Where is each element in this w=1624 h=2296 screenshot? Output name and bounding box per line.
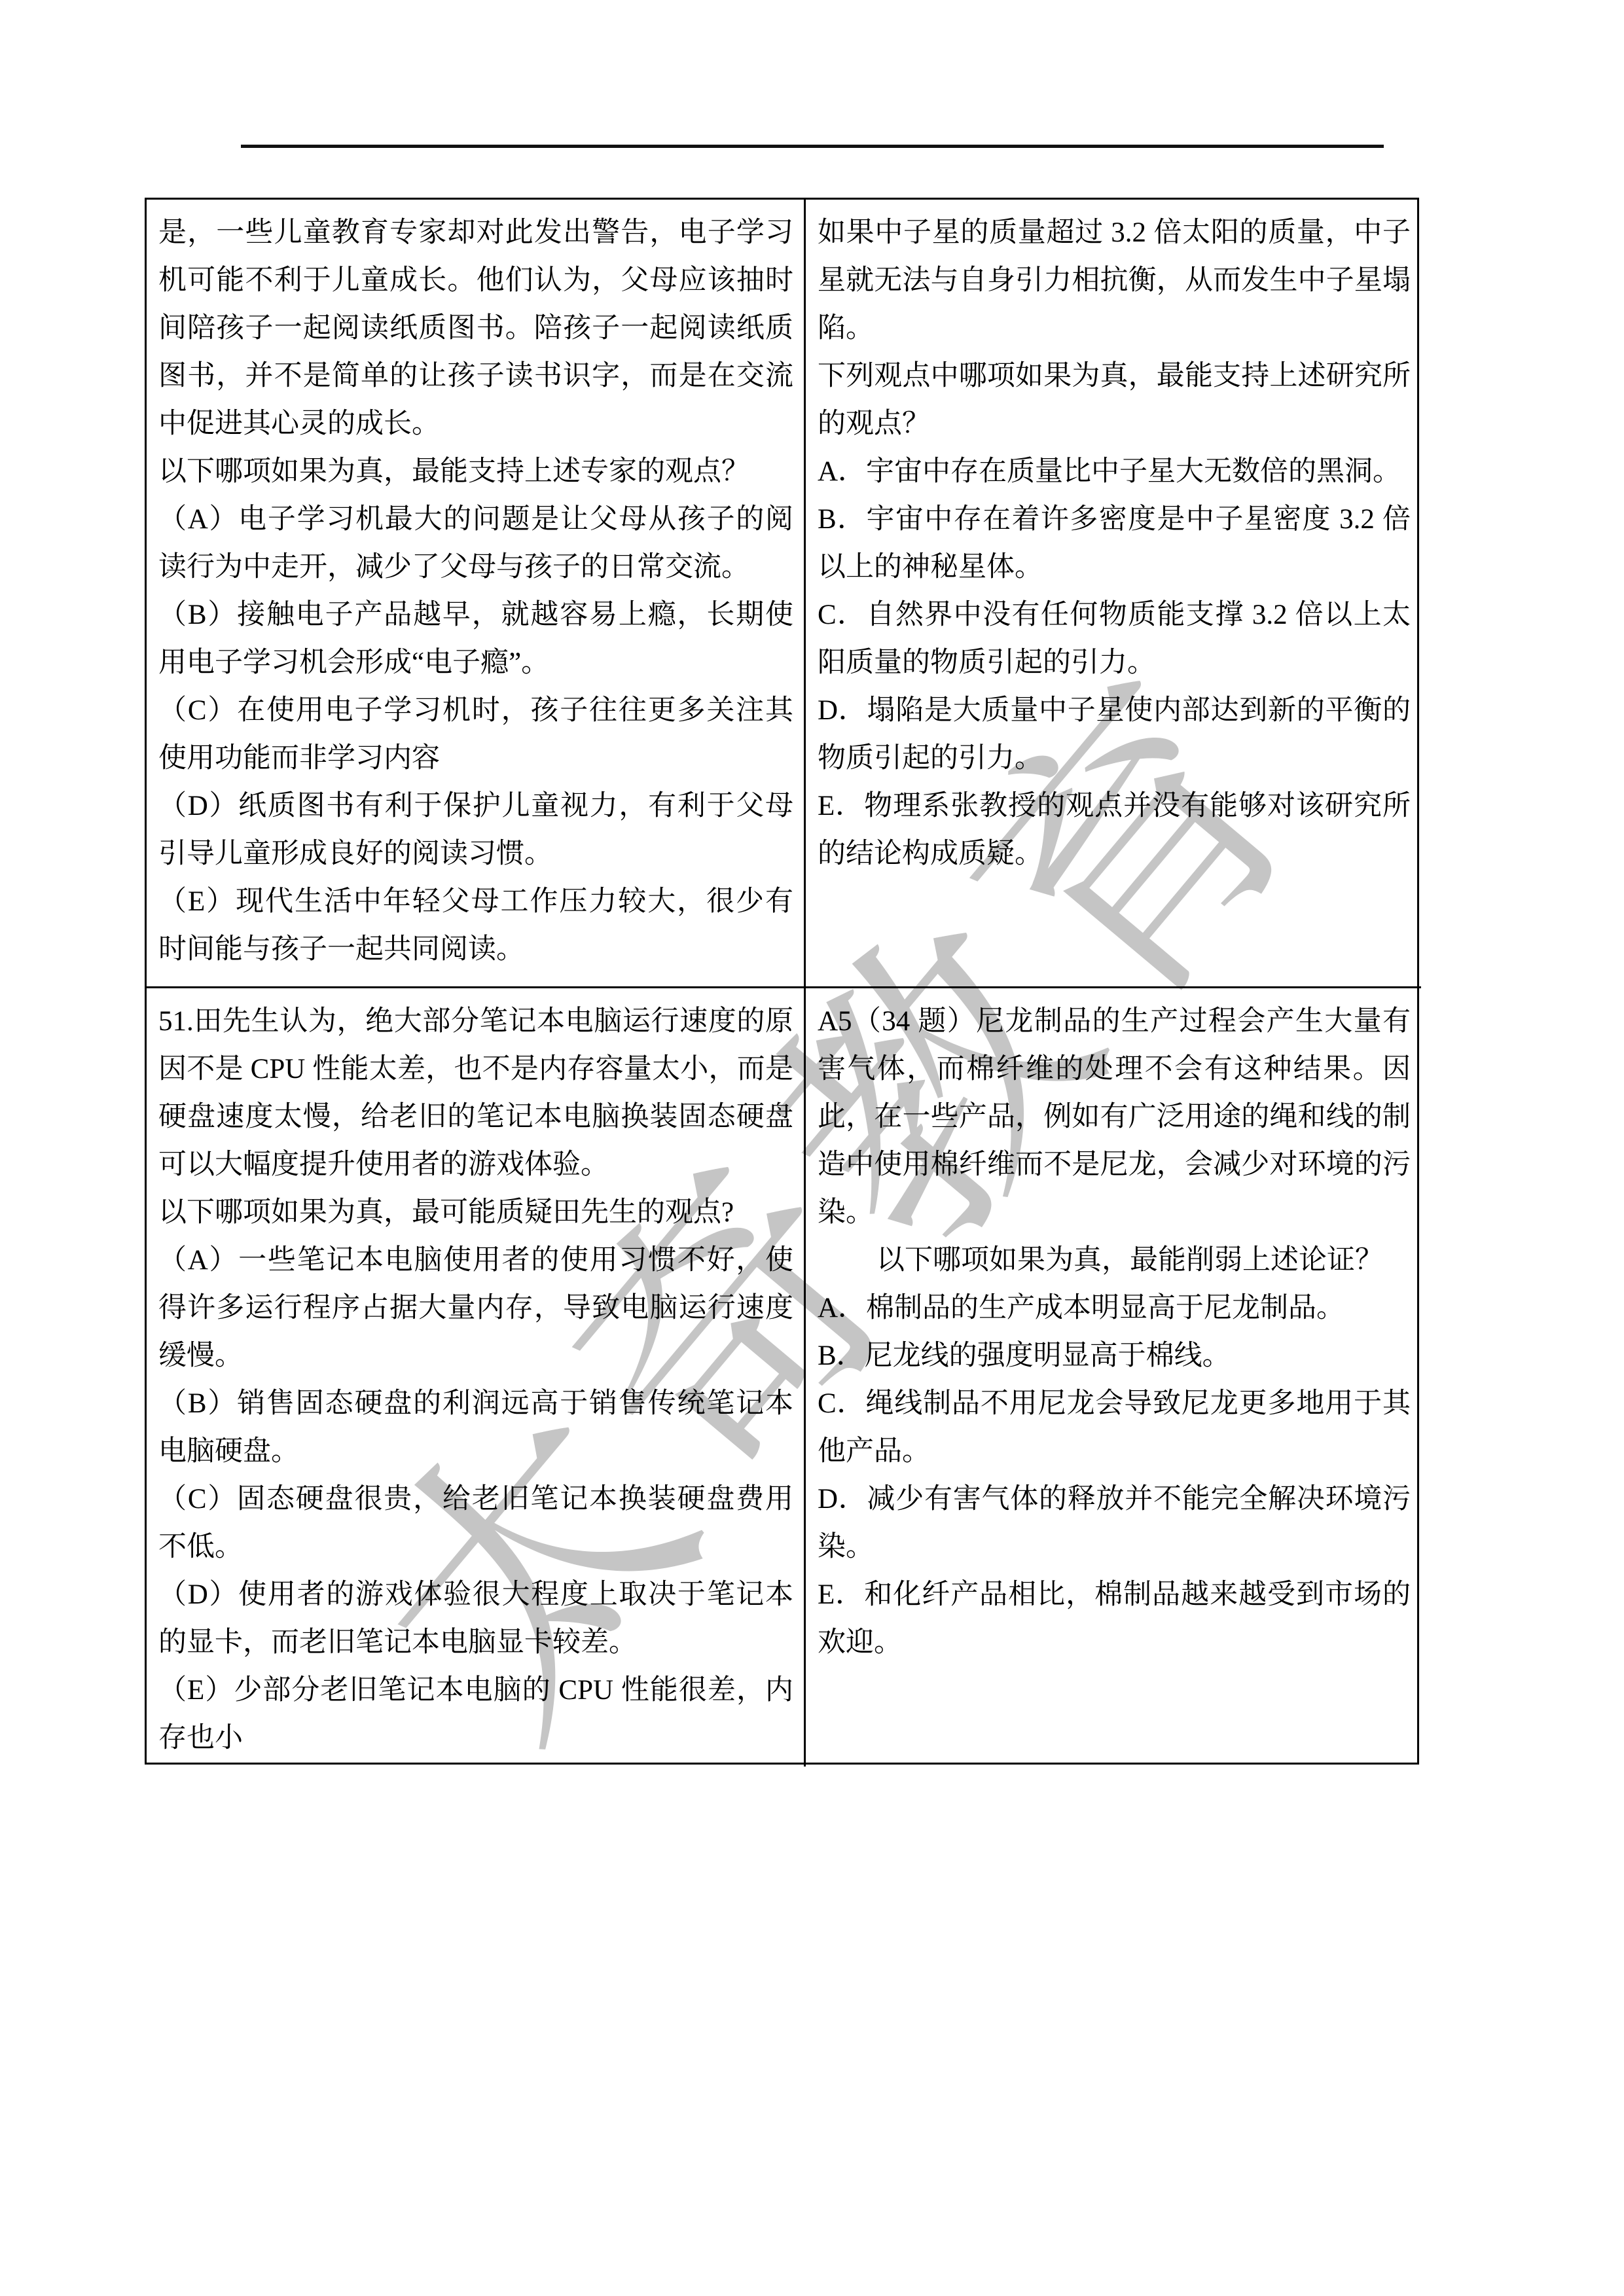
question-stem: 以下哪项如果为真，最能削弱上述论证？ [818,1236,1411,1284]
option-a: A．宇宙中存在质量比中子星大无数倍的黑洞。 [818,448,1411,495]
option-d: D．塌陷是大质量中子星使内部达到新的平衡的物质引起的引力。 [818,687,1411,782]
option-e: （E）少部分老旧笔记本电脑的 CPU 性能很差，内存也小 [158,1666,793,1762]
option-b: B．尼龙线的强度明显高于棉线。 [818,1332,1411,1380]
option-c: C．绳线制品不用尼龙会导致尼龙更多地用于其他产品。 [818,1380,1411,1475]
question-stem: 以下哪项如果为真，最能支持上述专家的观点？ [158,448,793,495]
question-body: 如果中子星的质量超过 3.2 倍太阳的质量，中子星就无法与自身引力相抗衡，从而发… [818,209,1411,352]
option-c: （C）固态硬盘很贵，给老旧笔记本换装硬盘费用不低。 [158,1475,793,1571]
question-stem: 下列观点中哪项如果为真，最能支持上述研究所的观点？ [818,352,1411,448]
option-a: （A）电子学习机最大的问题是让父母从孩子的阅读行为中走开，减少了父母与孩子的日常… [158,495,793,591]
cell-q51-laptop-question: 51.田先生认为，绝大部分笔记本电脑运行速度的原因不是 CPU 性能太差，也不是… [147,988,806,1767]
cell-neutron-star-question: 如果中子星的质量超过 3.2 倍太阳的质量，中子星就无法与自身引力相抗衡，从而发… [806,200,1421,988]
question-body: 是，一些儿童教育专家却对此发出警告，电子学习机可能不利于儿童成长。他们认为，父母… [158,209,793,448]
question-stem: 以下哪项如果为真，最可能质疑田先生的观点? [158,1189,793,1236]
question-body: A5（34 题）尼龙制品的生产过程会产生大量有害气体，而棉纤维的处理不会有这种结… [818,997,1411,1236]
option-e: （E）现代生活中年轻父母工作压力较大，很少有时间能与孩子一起共同阅读。 [158,878,793,973]
questions-table: 是，一些儿童教育专家却对此发出警告，电子学习机可能不利于儿童成长。他们认为，父母… [145,198,1419,1765]
option-e: E．物理系张教授的观点并没有能够对该研究所的结论构成质疑。 [818,782,1411,878]
option-c: C．自然界中没有任何物质能支撑 3.2 倍以上太阳质量的物质引起的引力。 [818,591,1411,687]
option-b: （B）销售固态硬盘的利润远高于销售传统笔记本电脑硬盘。 [158,1380,793,1475]
option-b: （B）接触电子产品越早，就越容易上瘾，长期使用电子学习机会形成“电子瘾”。 [158,591,793,687]
question-body: 51.田先生认为，绝大部分笔记本电脑运行速度的原因不是 CPU 性能太差，也不是… [158,997,793,1189]
exam-page: { "watermark": "太奇教育", "table": { "r1c1"… [0,0,1624,2296]
header-divider-line [241,145,1384,148]
option-b: B．宇宙中存在着许多密度是中子星密度 3.2 倍以上的神秘星体。 [818,495,1411,591]
cell-a5-nylon-cotton-question: A5（34 题）尼龙制品的生产过程会产生大量有害气体，而棉纤维的处理不会有这种结… [806,988,1421,1767]
option-d: （D）纸质图书有利于保护儿童视力，有利于父母引导儿童形成良好的阅读习惯。 [158,782,793,878]
option-a: A．棉制品的生产成本明显高于尼龙制品。 [818,1284,1411,1332]
option-d: D．减少有害气体的释放并不能完全解决环境污染。 [818,1475,1411,1571]
option-d: （D）使用者的游戏体验很大程度上取决于笔记本的显卡，而老旧笔记本电脑显卡较差。 [158,1571,793,1666]
cell-electronic-learning-question: 是，一些儿童教育专家却对此发出警告，电子学习机可能不利于儿童成长。他们认为，父母… [147,200,806,988]
option-a: （A）一些笔记本电脑使用者的使用习惯不好，使得许多运行程序占据大量内存，导致电脑… [158,1236,793,1380]
option-c: （C）在使用电子学习机时，孩子往往更多关注其使用功能而非学习内容 [158,687,793,782]
option-e: E．和化纤产品相比，棉制品越来越受到市场的欢迎。 [818,1571,1411,1666]
